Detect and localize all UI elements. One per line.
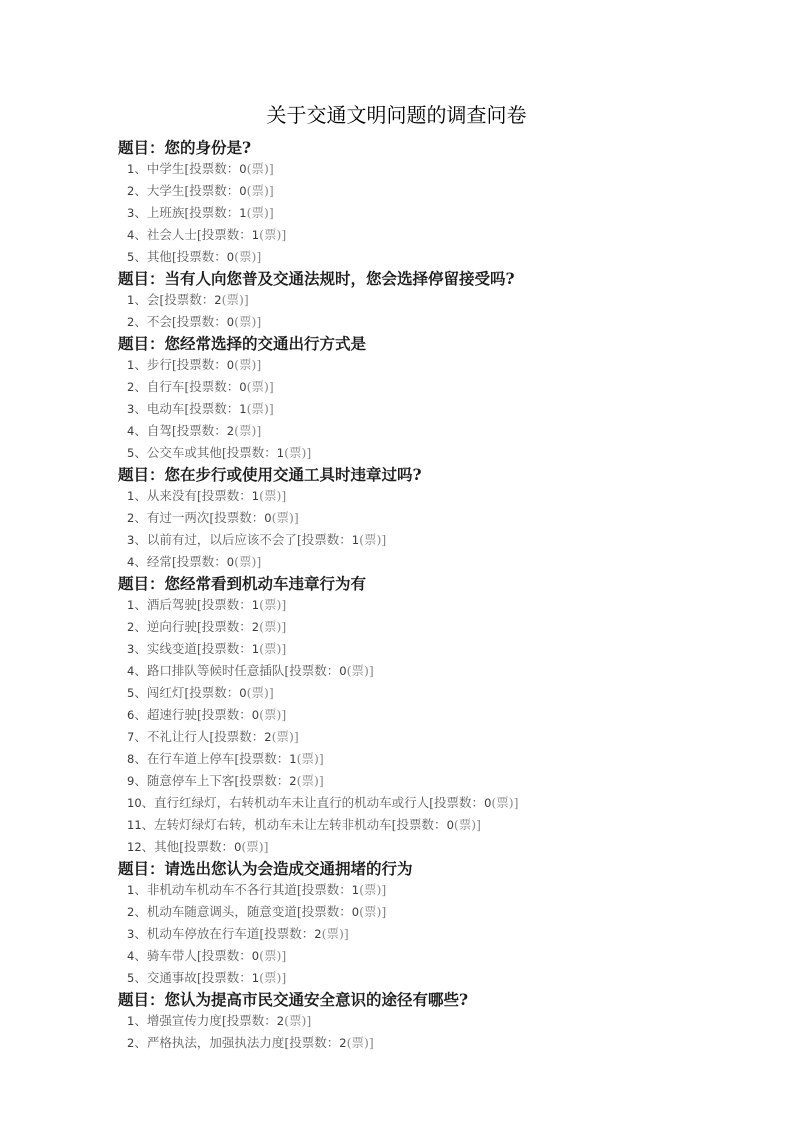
option-text: 有过一两次 — [147, 510, 210, 525]
vote-count-prefix: [投票数： — [234, 751, 289, 766]
vote-count-value: 0 — [252, 949, 259, 963]
option-enum-mark: 、 — [134, 707, 147, 722]
option-row: 4、路口排队等候时任意插队[投票数：0(票)] — [118, 660, 713, 682]
option-number: 12 — [127, 840, 142, 854]
option-text: 大学生 — [147, 183, 185, 198]
option-enum-mark: 、 — [134, 751, 147, 766]
option-text: 会 — [147, 292, 160, 307]
vote-count-suffix: (票)] — [491, 795, 518, 810]
question-title: 题目：您经常选择的交通出行方式是 — [118, 333, 713, 354]
option-enum-mark: 、 — [134, 1035, 147, 1050]
vote-count-value: 0 — [252, 708, 259, 722]
option-enum-mark: 、 — [134, 532, 147, 547]
vote-count-value: 1 — [239, 402, 246, 416]
vote-count-value: 2 — [289, 774, 296, 788]
vote-count-prefix: [投票数： — [172, 423, 227, 438]
question-block: 题目：您在步行或使用交通工具时违章过吗?1、从来没有[投票数：1(票)]2、有过… — [118, 464, 713, 573]
vote-count-prefix: [投票数： — [159, 292, 214, 307]
option-row: 3、上班族[投票数：1(票)] — [118, 202, 713, 224]
vote-count-value: 1 — [277, 446, 284, 460]
options-list: 1、会[投票数：2(票)]2、不会[投票数：0(票)] — [118, 289, 713, 333]
vote-count-value: 1 — [352, 533, 359, 547]
option-row: 2、逆向行驶[投票数：2(票)] — [118, 616, 713, 638]
vote-count-prefix: [投票数： — [184, 685, 239, 700]
vote-count-prefix: [投票数： — [197, 948, 252, 963]
vote-count-value: 0 — [227, 555, 234, 569]
questions-list: 题目：您的身份是?1、中学生[投票数：0(票)]2、大学生[投票数：0(票)]3… — [118, 137, 713, 1054]
vote-count-prefix: [投票数： — [284, 1035, 339, 1050]
vote-count-suffix: (票)] — [297, 773, 324, 788]
vote-count-suffix: (票)] — [272, 510, 299, 525]
vote-count-suffix: (票)] — [259, 227, 286, 242]
option-number: 11 — [127, 818, 142, 832]
question-block: 题目：您经常选择的交通出行方式是1、步行[投票数：0(票)]2、自行车[投票数：… — [118, 333, 713, 464]
vote-count-prefix: [投票数： — [197, 619, 252, 634]
vote-count-value: 0 — [264, 511, 271, 525]
vote-count-prefix: [投票数： — [197, 227, 252, 242]
vote-count-suffix: (票)] — [247, 205, 274, 220]
question-title: 题目：您经常看到机动车违章行为有 — [118, 573, 713, 594]
vote-count-prefix: [投票数： — [172, 554, 227, 569]
question-prefix-label: 题目： — [118, 859, 165, 878]
vote-count-suffix: (票)] — [247, 183, 274, 198]
option-enum-mark: 、 — [134, 314, 147, 329]
vote-count-value: 1 — [239, 206, 246, 220]
vote-count-prefix: [投票数： — [297, 532, 352, 547]
option-enum-mark: 、 — [134, 597, 147, 612]
option-enum-mark: 、 — [142, 839, 155, 854]
vote-count-suffix: (票)] — [359, 882, 386, 897]
option-row: 2、有过一两次[投票数：0(票)] — [118, 507, 713, 529]
question-label: 您在步行或使用交通工具时违章过吗? — [165, 465, 422, 484]
option-enum-mark: 、 — [134, 619, 147, 634]
option-row: 1、非机动车机动车不各行其道[投票数：1(票)] — [118, 879, 713, 901]
option-number: 10 — [127, 796, 142, 810]
question-label: 您的身份是? — [165, 138, 252, 157]
question-block: 题目：您的身份是?1、中学生[投票数：0(票)]2、大学生[投票数：0(票)]3… — [118, 137, 713, 268]
option-text: 中学生 — [147, 161, 185, 176]
vote-count-suffix: (票)] — [234, 554, 261, 569]
question-prefix-label: 题目： — [118, 334, 165, 353]
vote-count-prefix: [投票数： — [184, 205, 239, 220]
vote-count-prefix: [投票数： — [259, 926, 314, 941]
option-text: 机动车随意调头，随意变道 — [147, 904, 297, 919]
option-text: 其他 — [147, 249, 172, 264]
vote-count-prefix: [投票数： — [297, 882, 352, 897]
options-list: 1、增强宣传力度[投票数：2(票)]2、严格执法，加强执法力度[投票数：2(票)… — [118, 1010, 713, 1054]
option-enum-mark: 、 — [134, 773, 147, 788]
question-block: 题目：请选出您认为会造成交通拥堵的行为1、非机动车机动车不各行其道[投票数：1(… — [118, 858, 713, 989]
option-enum-mark: 、 — [134, 685, 147, 700]
question-prefix-label: 题目： — [118, 465, 165, 484]
option-row: 4、经常[投票数：0(票)] — [118, 551, 713, 573]
vote-count-prefix: [投票数： — [392, 817, 447, 832]
vote-count-prefix: [投票数： — [197, 597, 252, 612]
option-row: 6、超速行驶[投票数：0(票)] — [118, 704, 713, 726]
option-row: 5、闯红灯[投票数：0(票)] — [118, 682, 713, 704]
option-text: 酒后驾驶 — [147, 597, 197, 612]
option-text: 机动车停放在行车道 — [147, 926, 260, 941]
question-block: 题目：当有人向您普及交通法规时，您会选择停留接受吗?1、会[投票数：2(票)]2… — [118, 268, 713, 333]
vote-count-suffix: (票)] — [284, 445, 311, 460]
option-enum-mark: 、 — [134, 1013, 147, 1028]
option-text: 自行车 — [147, 379, 185, 394]
vote-count-value: 2 — [264, 730, 271, 744]
vote-count-prefix: [投票数： — [184, 401, 239, 416]
option-enum-mark: 、 — [134, 227, 147, 242]
vote-count-prefix: [投票数： — [184, 161, 239, 176]
question-prefix-label: 题目： — [118, 269, 165, 288]
vote-count-suffix: (票)] — [241, 839, 268, 854]
option-enum-mark: 、 — [134, 554, 147, 569]
vote-count-value: 1 — [252, 642, 259, 656]
option-enum-mark: 、 — [134, 926, 147, 941]
option-enum-mark: 、 — [134, 205, 147, 220]
option-text: 增强宣传力度 — [147, 1013, 222, 1028]
vote-count-suffix: (票)] — [347, 663, 374, 678]
options-list: 1、酒后驾驶[投票数：1(票)]2、逆向行驶[投票数：2(票)]3、实线变道[投… — [118, 594, 713, 858]
vote-count-prefix: [投票数： — [172, 249, 227, 264]
vote-count-value: 0 — [339, 664, 346, 678]
option-row: 2、大学生[投票数：0(票)] — [118, 180, 713, 202]
vote-count-value: 2 — [227, 424, 234, 438]
question-label: 您经常看到机动车违章行为有 — [165, 574, 367, 593]
option-row: 3、电动车[投票数：1(票)] — [118, 398, 713, 420]
question-prefix-label: 题目： — [118, 574, 165, 593]
option-enum-mark: 、 — [134, 183, 147, 198]
vote-count-suffix: (票)] — [259, 641, 286, 656]
option-text: 路口排队等候时任意插队 — [147, 663, 285, 678]
vote-count-value: 0 — [447, 818, 454, 832]
survey-document: 关于交通文明问题的调查问卷 题目：您的身份是?1、中学生[投票数：0(票)]2、… — [0, 0, 793, 1122]
question-block: 题目：您认为提高市民交通安全意识的途径有哪些?1、增强宣传力度[投票数：2(票)… — [118, 989, 713, 1054]
option-text: 非机动车机动车不各行其道 — [147, 882, 297, 897]
option-enum-mark: 、 — [134, 445, 147, 460]
question-title: 题目：您在步行或使用交通工具时违章过吗? — [118, 464, 713, 485]
option-text: 从来没有 — [147, 488, 197, 503]
vote-count-value: 0 — [239, 686, 246, 700]
option-text: 自驾 — [147, 423, 172, 438]
vote-count-value: 0 — [239, 380, 246, 394]
vote-count-value: 1 — [252, 228, 259, 242]
option-row: 8、在行车道上停车[投票数：1(票)] — [118, 748, 713, 770]
vote-count-suffix: (票)] — [259, 948, 286, 963]
option-row: 12、其他[投票数：0(票)] — [118, 836, 713, 858]
option-text: 左转灯绿灯右转，机动车未让左转非机动车 — [154, 817, 392, 832]
option-row: 1、增强宣传力度[投票数：2(票)] — [118, 1010, 713, 1032]
option-row: 2、不会[投票数：0(票)] — [118, 311, 713, 333]
option-text: 在行车道上停车 — [147, 751, 235, 766]
vote-count-prefix: [投票数： — [197, 641, 252, 656]
question-title: 题目：您的身份是? — [118, 137, 713, 158]
vote-count-suffix: (票)] — [322, 926, 349, 941]
option-row: 11、左转灯绿灯右转，机动车未让左转非机动车[投票数：0(票)] — [118, 814, 713, 836]
option-row: 5、交通事故[投票数：1(票)] — [118, 967, 713, 989]
vote-count-suffix: (票)] — [234, 314, 261, 329]
option-text: 不会 — [147, 314, 172, 329]
option-text: 上班族 — [147, 205, 185, 220]
vote-count-suffix: (票)] — [259, 970, 286, 985]
vote-count-prefix: [投票数： — [172, 357, 227, 372]
vote-count-prefix: [投票数： — [197, 707, 252, 722]
option-text: 经常 — [147, 554, 172, 569]
vote-count-suffix: (票)] — [454, 817, 481, 832]
option-enum-mark: 、 — [134, 970, 147, 985]
vote-count-value: 2 — [277, 1014, 284, 1028]
vote-count-value: 0 — [239, 184, 246, 198]
option-row: 3、机动车停放在行车道[投票数：2(票)] — [118, 923, 713, 945]
vote-count-suffix: (票)] — [347, 1035, 374, 1050]
page-title: 关于交通文明问题的调查问卷 — [0, 102, 793, 128]
option-enum-mark: 、 — [134, 488, 147, 503]
vote-count-prefix: [投票数： — [179, 839, 234, 854]
question-prefix-label: 题目： — [118, 138, 165, 157]
question-title: 题目：您认为提高市民交通安全意识的途径有哪些? — [118, 989, 713, 1010]
option-text: 严格执法，加强执法力度 — [147, 1035, 285, 1050]
option-row: 1、步行[投票数：0(票)] — [118, 354, 713, 376]
vote-count-value: 1 — [352, 883, 359, 897]
option-text: 直行红绿灯，右转机动车未让直行的机动车或行人 — [154, 795, 429, 810]
option-enum-mark: 、 — [134, 357, 147, 372]
option-enum-mark: 、 — [142, 795, 155, 810]
vote-count-suffix: (票)] — [272, 729, 299, 744]
vote-count-suffix: (票)] — [259, 707, 286, 722]
vote-count-suffix: (票)] — [359, 904, 386, 919]
vote-count-prefix: [投票数： — [284, 663, 339, 678]
vote-count-suffix: (票)] — [284, 1013, 311, 1028]
option-row: 4、社会人士[投票数：1(票)] — [118, 224, 713, 246]
vote-count-value: 0 — [239, 162, 246, 176]
option-enum-mark: 、 — [134, 904, 147, 919]
option-row: 4、自驾[投票数：2(票)] — [118, 420, 713, 442]
option-enum-mark: 、 — [134, 729, 147, 744]
vote-count-prefix: [投票数： — [209, 729, 264, 744]
vote-count-suffix: (票)] — [234, 357, 261, 372]
vote-count-prefix: [投票数： — [197, 488, 252, 503]
vote-count-suffix: (票)] — [234, 423, 261, 438]
vote-count-value: 0 — [227, 358, 234, 372]
option-text: 闯红灯 — [147, 685, 185, 700]
vote-count-suffix: (票)] — [259, 488, 286, 503]
options-list: 1、步行[投票数：0(票)]2、自行车[投票数：0(票)]3、电动车[投票数：1… — [118, 354, 713, 464]
option-text: 超速行驶 — [147, 707, 197, 722]
options-list: 1、非机动车机动车不各行其道[投票数：1(票)]2、机动车随意调头，随意变道[投… — [118, 879, 713, 989]
option-text: 步行 — [147, 357, 172, 372]
question-label: 请选出您认为会造成交通拥堵的行为 — [165, 859, 413, 878]
option-enum-mark: 、 — [134, 641, 147, 656]
question-block: 题目：您经常看到机动车违章行为有1、酒后驾驶[投票数：1(票)]2、逆向行驶[投… — [118, 573, 713, 858]
question-label: 您认为提高市民交通安全意识的途径有哪些? — [165, 990, 469, 1009]
vote-count-suffix: (票)] — [234, 249, 261, 264]
option-text: 实线变道 — [147, 641, 197, 656]
option-row: 9、随意停车上下客[投票数：2(票)] — [118, 770, 713, 792]
question-prefix-label: 题目： — [118, 990, 165, 1009]
vote-count-value: 2 — [214, 293, 221, 307]
option-row: 2、自行车[投票数：0(票)] — [118, 376, 713, 398]
option-enum-mark: 、 — [142, 817, 155, 832]
option-text: 随意停车上下客 — [147, 773, 235, 788]
question-title: 题目：请选出您认为会造成交通拥堵的行为 — [118, 858, 713, 879]
vote-count-suffix: (票)] — [247, 685, 274, 700]
vote-count-prefix: [投票数： — [234, 773, 289, 788]
vote-count-prefix: [投票数： — [222, 445, 277, 460]
vote-count-suffix: (票)] — [359, 532, 386, 547]
option-enum-mark: 、 — [134, 401, 147, 416]
question-label: 当有人向您普及交通法规时，您会选择停留接受吗? — [165, 269, 515, 288]
vote-count-prefix: [投票数： — [172, 314, 227, 329]
option-enum-mark: 、 — [134, 423, 147, 438]
options-list: 1、从来没有[投票数：1(票)]2、有过一两次[投票数：0(票)]3、以前有过，… — [118, 485, 713, 573]
option-row: 5、其他[投票数：0(票)] — [118, 246, 713, 268]
option-enum-mark: 、 — [134, 510, 147, 525]
question-title: 题目：当有人向您普及交通法规时，您会选择停留接受吗? — [118, 268, 713, 289]
vote-count-suffix: (票)] — [259, 619, 286, 634]
vote-count-suffix: (票)] — [247, 161, 274, 176]
vote-count-suffix: (票)] — [222, 292, 249, 307]
vote-count-value: 0 — [227, 250, 234, 264]
option-enum-mark: 、 — [134, 948, 147, 963]
option-text: 交通事故 — [147, 970, 197, 985]
options-list: 1、中学生[投票数：0(票)]2、大学生[投票数：0(票)]3、上班族[投票数：… — [118, 158, 713, 268]
option-enum-mark: 、 — [134, 663, 147, 678]
option-row: 1、会[投票数：2(票)] — [118, 289, 713, 311]
vote-count-suffix: (票)] — [247, 379, 274, 394]
vote-count-value: 0 — [227, 315, 234, 329]
option-row: 10、直行红绿灯，右转机动车未让直行的机动车或行人[投票数：0(票)] — [118, 792, 713, 814]
vote-count-prefix: [投票数： — [209, 510, 264, 525]
option-text: 其他 — [154, 839, 179, 854]
vote-count-value: 2 — [339, 1036, 346, 1050]
option-row: 7、不礼让行人[投票数：2(票)] — [118, 726, 713, 748]
option-text: 社会人士 — [147, 227, 197, 242]
option-enum-mark: 、 — [134, 161, 147, 176]
vote-count-value: 2 — [314, 927, 321, 941]
option-enum-mark: 、 — [134, 379, 147, 394]
option-row: 1、中学生[投票数：0(票)] — [118, 158, 713, 180]
option-text: 电动车 — [147, 401, 185, 416]
option-text: 公交车或其他 — [147, 445, 222, 460]
option-row: 3、以前有过，以后应该不会了[投票数：1(票)] — [118, 529, 713, 551]
vote-count-value: 1 — [252, 971, 259, 985]
question-label: 您经常选择的交通出行方式是 — [165, 334, 367, 353]
vote-count-prefix: [投票数： — [184, 183, 239, 198]
vote-count-suffix: (票)] — [297, 751, 324, 766]
option-row: 1、酒后驾驶[投票数：1(票)] — [118, 594, 713, 616]
option-row: 4、骑车带人[投票数：0(票)] — [118, 945, 713, 967]
option-row: 2、严格执法，加强执法力度[投票数：2(票)] — [118, 1032, 713, 1054]
option-row: 1、从来没有[投票数：1(票)] — [118, 485, 713, 507]
vote-count-value: 1 — [289, 752, 296, 766]
vote-count-suffix: (票)] — [259, 597, 286, 612]
vote-count-value: 0 — [352, 905, 359, 919]
vote-count-prefix: [投票数： — [197, 970, 252, 985]
option-row: 2、机动车随意调头，随意变道[投票数：0(票)] — [118, 901, 713, 923]
vote-count-prefix: [投票数： — [222, 1013, 277, 1028]
vote-count-value: 1 — [252, 489, 259, 503]
option-enum-mark: 、 — [134, 249, 147, 264]
option-enum-mark: 、 — [134, 292, 147, 307]
option-row: 3、实线变道[投票数：1(票)] — [118, 638, 713, 660]
option-row: 5、公交车或其他[投票数：1(票)] — [118, 442, 713, 464]
vote-count-prefix: [投票数： — [184, 379, 239, 394]
vote-count-prefix: [投票数： — [297, 904, 352, 919]
option-text: 不礼让行人 — [147, 729, 210, 744]
option-text: 以前有过，以后应该不会了 — [147, 532, 297, 547]
option-text: 逆向行驶 — [147, 619, 197, 634]
vote-count-value: 2 — [252, 620, 259, 634]
option-enum-mark: 、 — [134, 882, 147, 897]
vote-count-value: 1 — [252, 598, 259, 612]
vote-count-suffix: (票)] — [247, 401, 274, 416]
option-text: 骑车带人 — [147, 948, 197, 963]
vote-count-prefix: [投票数： — [429, 795, 484, 810]
